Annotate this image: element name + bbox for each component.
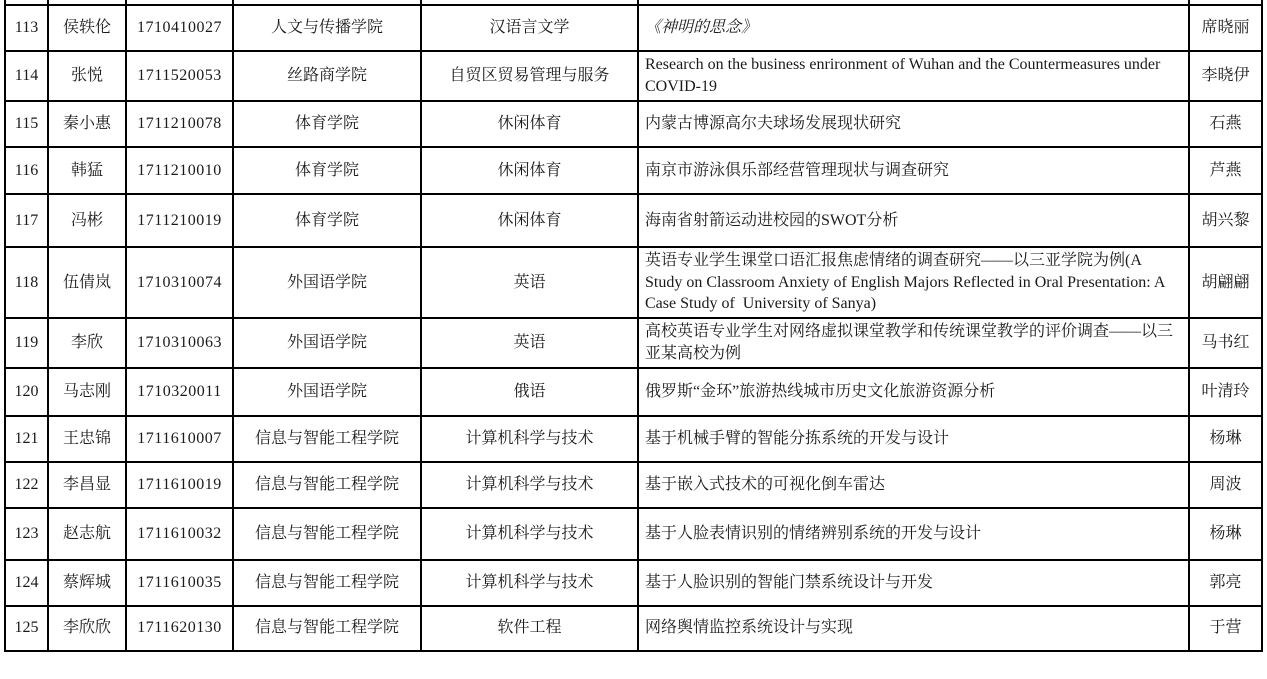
cell-row-number: 123 <box>6 509 47 559</box>
cell-college: 体育学院 <box>232 148 420 193</box>
table-row: 121 王忠锦 1711610007 信息与智能工程学院 计算机科学与技术 基于… <box>6 415 1261 461</box>
cell-row-number: 121 <box>6 417 47 461</box>
cell-thesis-title: 基于机械手臂的智能分拣系统的开发与设计 <box>637 417 1188 461</box>
cell-advisor: 李晓伊 <box>1188 52 1261 100</box>
cell-student-id: 1711210019 <box>125 195 232 246</box>
cell-student-name: 王忠锦 <box>47 417 125 461</box>
cell-student-name: 伍倩岚 <box>47 248 125 317</box>
cell-college: 信息与智能工程学院 <box>232 509 420 559</box>
thesis-list-page: 113 侯轶伦 1710410027 人文与传播学院 汉语言文学 《神明的思念》… <box>0 0 1267 679</box>
cell-row-number: 115 <box>6 102 47 146</box>
cell-advisor: 于营 <box>1188 607 1261 650</box>
cell-college: 外国语学院 <box>232 369 420 415</box>
cell-student-name: 侯轶伦 <box>47 6 125 50</box>
cell-advisor: 石燕 <box>1188 102 1261 146</box>
cell-student-id: 1710320011 <box>125 369 232 415</box>
table-row: 125 李欣欣 1711620130 信息与智能工程学院 软件工程 网络舆情监控… <box>6 605 1261 650</box>
cell-major: 俄语 <box>420 369 637 415</box>
cell-thesis-title: 《神明的思念》 <box>637 6 1188 50</box>
cell-college: 信息与智能工程学院 <box>232 463 420 507</box>
cell-major: 计算机科学与技术 <box>420 561 637 605</box>
cell-thesis-title: 南京市游泳俱乐部经营管理现状与调查研究 <box>637 148 1188 193</box>
cell-student-id: 1711610019 <box>125 463 232 507</box>
cell-thesis-title: 基于人脸表情识别的情绪辨别系统的开发与设计 <box>637 509 1188 559</box>
cell-thesis-title: 基于人脸识别的智能门禁系统设计与开发 <box>637 561 1188 605</box>
cell-student-id: 1711520053 <box>125 52 232 100</box>
cell-college: 信息与智能工程学院 <box>232 417 420 461</box>
cell-major: 汉语言文学 <box>420 6 637 50</box>
cell-college: 丝路商学院 <box>232 52 420 100</box>
table-row: 119 李欣 1710310063 外国语学院 英语 高校英语专业学生对网络虚拟… <box>6 317 1261 367</box>
cell-thesis-title: 网络舆情监控系统设计与实现 <box>637 607 1188 650</box>
cell-advisor: 马书红 <box>1188 319 1261 367</box>
cell-advisor: 胡兴黎 <box>1188 195 1261 246</box>
cell-student-name: 蔡辉城 <box>47 561 125 605</box>
cell-advisor: 芦燕 <box>1188 148 1261 193</box>
cell-student-name: 李欣 <box>47 319 125 367</box>
cell-college: 信息与智能工程学院 <box>232 561 420 605</box>
cell-row-number: 124 <box>6 561 47 605</box>
cell-student-id: 1711620130 <box>125 607 232 650</box>
cell-advisor: 叶清玲 <box>1188 369 1261 415</box>
cell-advisor: 杨琳 <box>1188 417 1261 461</box>
cell-student-id: 1711610032 <box>125 509 232 559</box>
table-row: 123 赵志航 1711610032 信息与智能工程学院 计算机科学与技术 基于… <box>6 507 1261 559</box>
cell-thesis-title: 内蒙古博源高尔夫球场发展现状研究 <box>637 102 1188 146</box>
cell-row-number: 122 <box>6 463 47 507</box>
cell-student-id: 1711610007 <box>125 417 232 461</box>
cell-student-id: 1710310074 <box>125 248 232 317</box>
cell-major: 自贸区贸易管理与服务 <box>420 52 637 100</box>
cell-student-name: 赵志航 <box>47 509 125 559</box>
cell-college: 信息与智能工程学院 <box>232 607 420 650</box>
cell-major: 计算机科学与技术 <box>420 463 637 507</box>
cell-thesis-title: 基于嵌入式技术的可视化倒车雷达 <box>637 463 1188 507</box>
table-row: 114 张悦 1711520053 丝路商学院 自贸区贸易管理与服务 Resea… <box>6 50 1261 100</box>
cell-row-number: 117 <box>6 195 47 246</box>
table-row: 117 冯彬 1711210019 体育学院 休闲体育 海南省射箭运动进校园的S… <box>6 193 1261 246</box>
cell-thesis-title: 英语专业学生课堂口语汇报焦虑情绪的调查研究——以三亚学院为例(A Study o… <box>637 248 1188 317</box>
cell-major: 英语 <box>420 248 637 317</box>
cell-student-name: 秦小惠 <box>47 102 125 146</box>
table-row: 116 韩猛 1711210010 体育学院 休闲体育 南京市游泳俱乐部经营管理… <box>6 146 1261 193</box>
cell-row-number: 119 <box>6 319 47 367</box>
cell-major: 软件工程 <box>420 607 637 650</box>
cell-college: 外国语学院 <box>232 319 420 367</box>
table-row: 122 李昌显 1711610019 信息与智能工程学院 计算机科学与技术 基于… <box>6 461 1261 507</box>
table-row: 113 侯轶伦 1710410027 人文与传播学院 汉语言文学 《神明的思念》… <box>6 6 1261 50</box>
cell-row-number: 120 <box>6 369 47 415</box>
cell-thesis-title: 高校英语专业学生对网络虚拟课堂教学和传统课堂教学的评价调查——以三亚某高校为例 <box>637 319 1188 367</box>
cell-student-id: 1710410027 <box>125 6 232 50</box>
cell-row-number: 116 <box>6 148 47 193</box>
cell-major: 休闲体育 <box>420 102 637 146</box>
table-row: 124 蔡辉城 1711610035 信息与智能工程学院 计算机科学与技术 基于… <box>6 559 1261 605</box>
cell-major: 休闲体育 <box>420 148 637 193</box>
cell-college: 外国语学院 <box>232 248 420 317</box>
cell-student-name: 韩猛 <box>47 148 125 193</box>
cell-major: 英语 <box>420 319 637 367</box>
cell-major: 计算机科学与技术 <box>420 417 637 461</box>
cell-thesis-title: Research on the business enrironment of … <box>637 52 1188 100</box>
cell-advisor: 席晓丽 <box>1188 6 1261 50</box>
cell-major: 休闲体育 <box>420 195 637 246</box>
cell-row-number: 114 <box>6 52 47 100</box>
cell-row-number: 118 <box>6 248 47 317</box>
cell-college: 体育学院 <box>232 102 420 146</box>
thesis-table: 113 侯轶伦 1710410027 人文与传播学院 汉语言文学 《神明的思念》… <box>4 4 1263 652</box>
cell-student-name: 李昌显 <box>47 463 125 507</box>
cell-student-name: 马志刚 <box>47 369 125 415</box>
table-row: 120 马志刚 1710320011 外国语学院 俄语 俄罗斯“金环”旅游热线城… <box>6 367 1261 415</box>
cell-student-id: 1711610035 <box>125 561 232 605</box>
cell-advisor: 郭亮 <box>1188 561 1261 605</box>
cell-student-id: 1711210078 <box>125 102 232 146</box>
cell-major: 计算机科学与技术 <box>420 509 637 559</box>
cell-college: 体育学院 <box>232 195 420 246</box>
cell-thesis-title: 海南省射箭运动进校园的SWOT分析 <box>637 195 1188 246</box>
cell-student-id: 1710310063 <box>125 319 232 367</box>
table-row: 115 秦小惠 1711210078 体育学院 休闲体育 内蒙古博源高尔夫球场发… <box>6 100 1261 146</box>
cell-student-name: 张悦 <box>47 52 125 100</box>
cell-student-id: 1711210010 <box>125 148 232 193</box>
cell-student-name: 李欣欣 <box>47 607 125 650</box>
table-row: 118 伍倩岚 1710310074 外国语学院 英语 英语专业学生课堂口语汇报… <box>6 246 1261 317</box>
cell-thesis-title: 俄罗斯“金环”旅游热线城市历史文化旅游资源分析 <box>637 369 1188 415</box>
cell-advisor: 胡翩翩 <box>1188 248 1261 317</box>
cell-row-number: 113 <box>6 6 47 50</box>
cell-college: 人文与传播学院 <box>232 6 420 50</box>
cell-student-name: 冯彬 <box>47 195 125 246</box>
cell-row-number: 125 <box>6 607 47 650</box>
cell-advisor: 杨琳 <box>1188 509 1261 559</box>
cell-advisor: 周波 <box>1188 463 1261 507</box>
